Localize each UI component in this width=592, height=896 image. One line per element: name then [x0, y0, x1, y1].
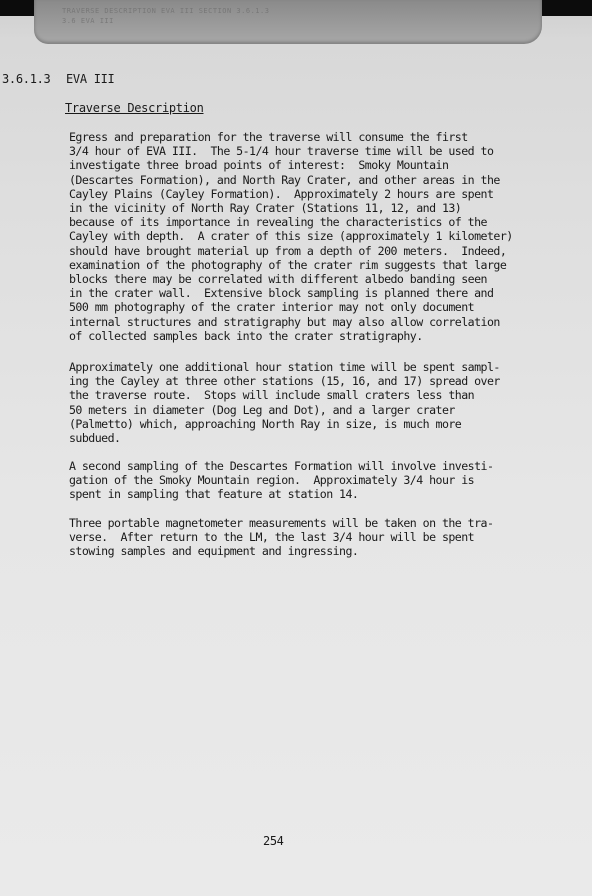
text-line: 3/4 hour of EVA III. The 5-1/4 hour trav…: [69, 144, 569, 158]
text-line: (Descartes Formation), and North Ray Cra…: [69, 173, 569, 187]
tab-text-line: 3.6 EVA III: [62, 16, 502, 26]
section-number: 3.6.1.3: [2, 72, 66, 86]
text-line: should have brought material up from a d…: [69, 244, 569, 258]
paragraph-1: Egress and preparation for the traverse …: [69, 130, 569, 343]
text-line: Egress and preparation for the traverse …: [69, 130, 569, 144]
paragraph-4: Three portable magnetometer measurements…: [69, 516, 569, 559]
text-line: Approximately one additional hour statio…: [69, 360, 569, 374]
text-line: in the crater wall. Extensive block samp…: [69, 286, 569, 300]
section-heading: 3.6.1.3EVA III: [2, 72, 114, 86]
text-line: investigate three broad points of intere…: [69, 158, 569, 172]
text-line: subdued.: [69, 431, 569, 445]
text-line: 50 meters in diameter (Dog Leg and Dot),…: [69, 403, 569, 417]
index-tab: TRAVERSE DESCRIPTION EVA III SECTION 3.6…: [34, 0, 542, 44]
paragraph-3: A second sampling of the Descartes Forma…: [69, 459, 569, 502]
text-line: of collected samples back into the crate…: [69, 329, 569, 343]
subheading: Traverse Description: [65, 101, 204, 115]
text-line: Cayley with depth. A crater of this size…: [69, 229, 569, 243]
section-title: EVA III: [66, 72, 114, 86]
text-line: verse. After return to the LM, the last …: [69, 530, 569, 544]
tab-text-line: TRAVERSE DESCRIPTION EVA III SECTION 3.6…: [62, 6, 502, 16]
text-line: examination of the photography of the cr…: [69, 258, 569, 272]
text-line: stowing samples and equipment and ingres…: [69, 544, 569, 558]
document-page: TRAVERSE DESCRIPTION EVA III SECTION 3.6…: [0, 0, 592, 896]
tab-faded-text: TRAVERSE DESCRIPTION EVA III SECTION 3.6…: [62, 6, 502, 26]
text-line: in the vicinity of North Ray Crater (Sta…: [69, 201, 569, 215]
text-line: 500 mm photography of the crater interio…: [69, 300, 569, 314]
paragraph-2: Approximately one additional hour statio…: [69, 360, 569, 445]
text-line: Three portable magnetometer measurements…: [69, 516, 569, 530]
text-line: the traverse route. Stops will include s…: [69, 388, 569, 402]
text-line: gation of the Smoky Mountain region. App…: [69, 473, 569, 487]
text-line: spent in sampling that feature at statio…: [69, 487, 569, 501]
text-line: (Palmetto) which, approaching North Ray …: [69, 417, 569, 431]
text-line: ing the Cayley at three other stations (…: [69, 374, 569, 388]
text-line: blocks there may be correlated with diff…: [69, 272, 569, 286]
text-line: because of its importance in revealing t…: [69, 215, 569, 229]
text-line: Cayley Plains (Cayley Formation). Approx…: [69, 187, 569, 201]
text-line: A second sampling of the Descartes Forma…: [69, 459, 569, 473]
text-line: internal structures and stratigraphy but…: [69, 315, 569, 329]
page-number: 254: [263, 834, 283, 848]
